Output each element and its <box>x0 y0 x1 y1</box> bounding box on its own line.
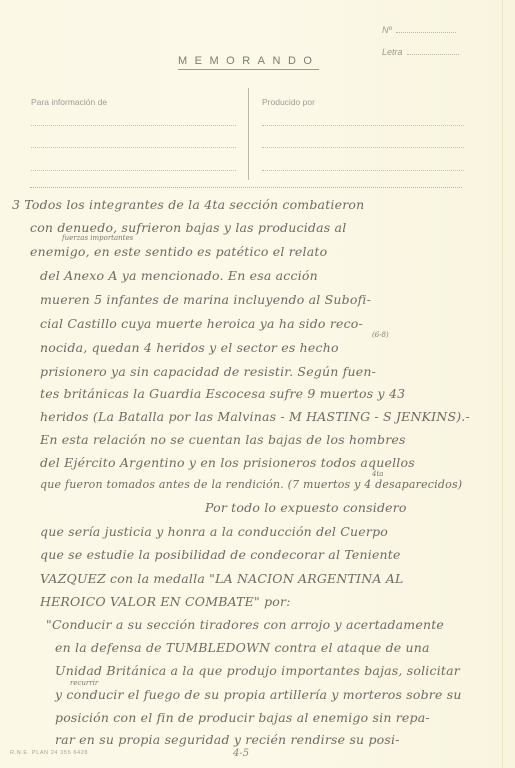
produced-by-line-3 <box>262 170 464 171</box>
handwritten-line: HEROICO VALOR EN COMBATE" por: <box>40 594 291 609</box>
handwritten-line: enemigo, en este sentido es patético el … <box>30 244 327 259</box>
produced-by-label: Producido por <box>262 97 315 107</box>
letter-field: Letra <box>382 46 459 57</box>
number-field: Nº <box>382 24 456 35</box>
handwritten-line: cial Castillo cuya muerte heroica ya ha … <box>40 316 363 331</box>
handwritten-line: mueren 5 infantes de marina incluyendo a… <box>40 292 371 307</box>
handwritten-line: prisionero ya sin capacidad de resistir.… <box>40 364 376 379</box>
handwritten-line: con denuedo, sufrieron bajas y las produ… <box>30 220 346 235</box>
form-code: R.N.E. PLAN 24 355 6428 <box>10 750 88 756</box>
handwritten-line: que se estudie la posibilidad de condeco… <box>40 547 401 562</box>
page-title: MEMORANDO <box>178 55 319 70</box>
memorandum-page: Nº Letra MEMORANDO Para información de P… <box>0 0 515 768</box>
handwritten-line: del Anexo A ya mencionado. En esa acción <box>40 268 318 283</box>
for-information-line-2 <box>31 147 236 148</box>
handwritten-line: 3 Todos los integrantes de la 4ta secció… <box>12 197 364 212</box>
produced-by-line-1 <box>262 125 464 126</box>
handwritten-line: rar en su propia seguridad y recién rend… <box>55 732 400 747</box>
number-label: Nº <box>382 25 392 35</box>
page-edge <box>502 0 503 768</box>
handwritten-line: En esta relación no se cuentan las bajas… <box>40 432 406 447</box>
handwritten-line: nocida, quedan 4 heridos y el sector es … <box>40 340 339 355</box>
form-column-divider <box>248 88 249 180</box>
handwritten-line: heridos (La Batalla por las Malvinas - M… <box>40 409 470 424</box>
number-value-line <box>396 24 456 33</box>
interlinear-annotation: recurrir <box>70 679 98 687</box>
letter-label: Letra <box>382 47 403 57</box>
interlinear-annotation: fuerzas importantes <box>62 234 133 242</box>
for-information-line-3 <box>31 170 236 171</box>
handwritten-line: Por todo lo expuesto considero <box>205 500 407 515</box>
handwritten-line: en la defensa de TUMBLEDOWN contra el at… <box>55 640 430 655</box>
handwritten-line: que fueron tomados antes de la rendición… <box>40 478 462 491</box>
handwritten-line: que sería justicia y honra a la conducci… <box>40 524 388 539</box>
interlinear-annotation: 4ta <box>372 470 383 478</box>
handwritten-line: VAZQUEZ con la medalla "LA NACION ARGENT… <box>40 571 403 586</box>
handwritten-line: posición con el fin de producir bajas al… <box>55 710 430 725</box>
handwritten-line: y conducir el fuego de su propia artille… <box>55 687 462 702</box>
interlinear-annotation: (6-8) <box>372 331 389 339</box>
handwritten-line: tes británicas la Guardia Escocesa sufre… <box>40 386 405 401</box>
for-information-label: Para información de <box>31 97 107 107</box>
page-number: 4-5 <box>233 748 249 759</box>
handwritten-line: "Conducir a su sección tiradores con arr… <box>46 617 444 632</box>
handwritten-line: del Ejército Argentino y en los prisione… <box>40 455 415 470</box>
handwritten-line: Unidad Británica a la que produjo import… <box>55 663 460 678</box>
form-bottom-divider <box>30 187 462 188</box>
letter-value-line <box>407 46 459 55</box>
produced-by-line-2 <box>262 147 464 148</box>
for-information-line-1 <box>31 125 236 126</box>
